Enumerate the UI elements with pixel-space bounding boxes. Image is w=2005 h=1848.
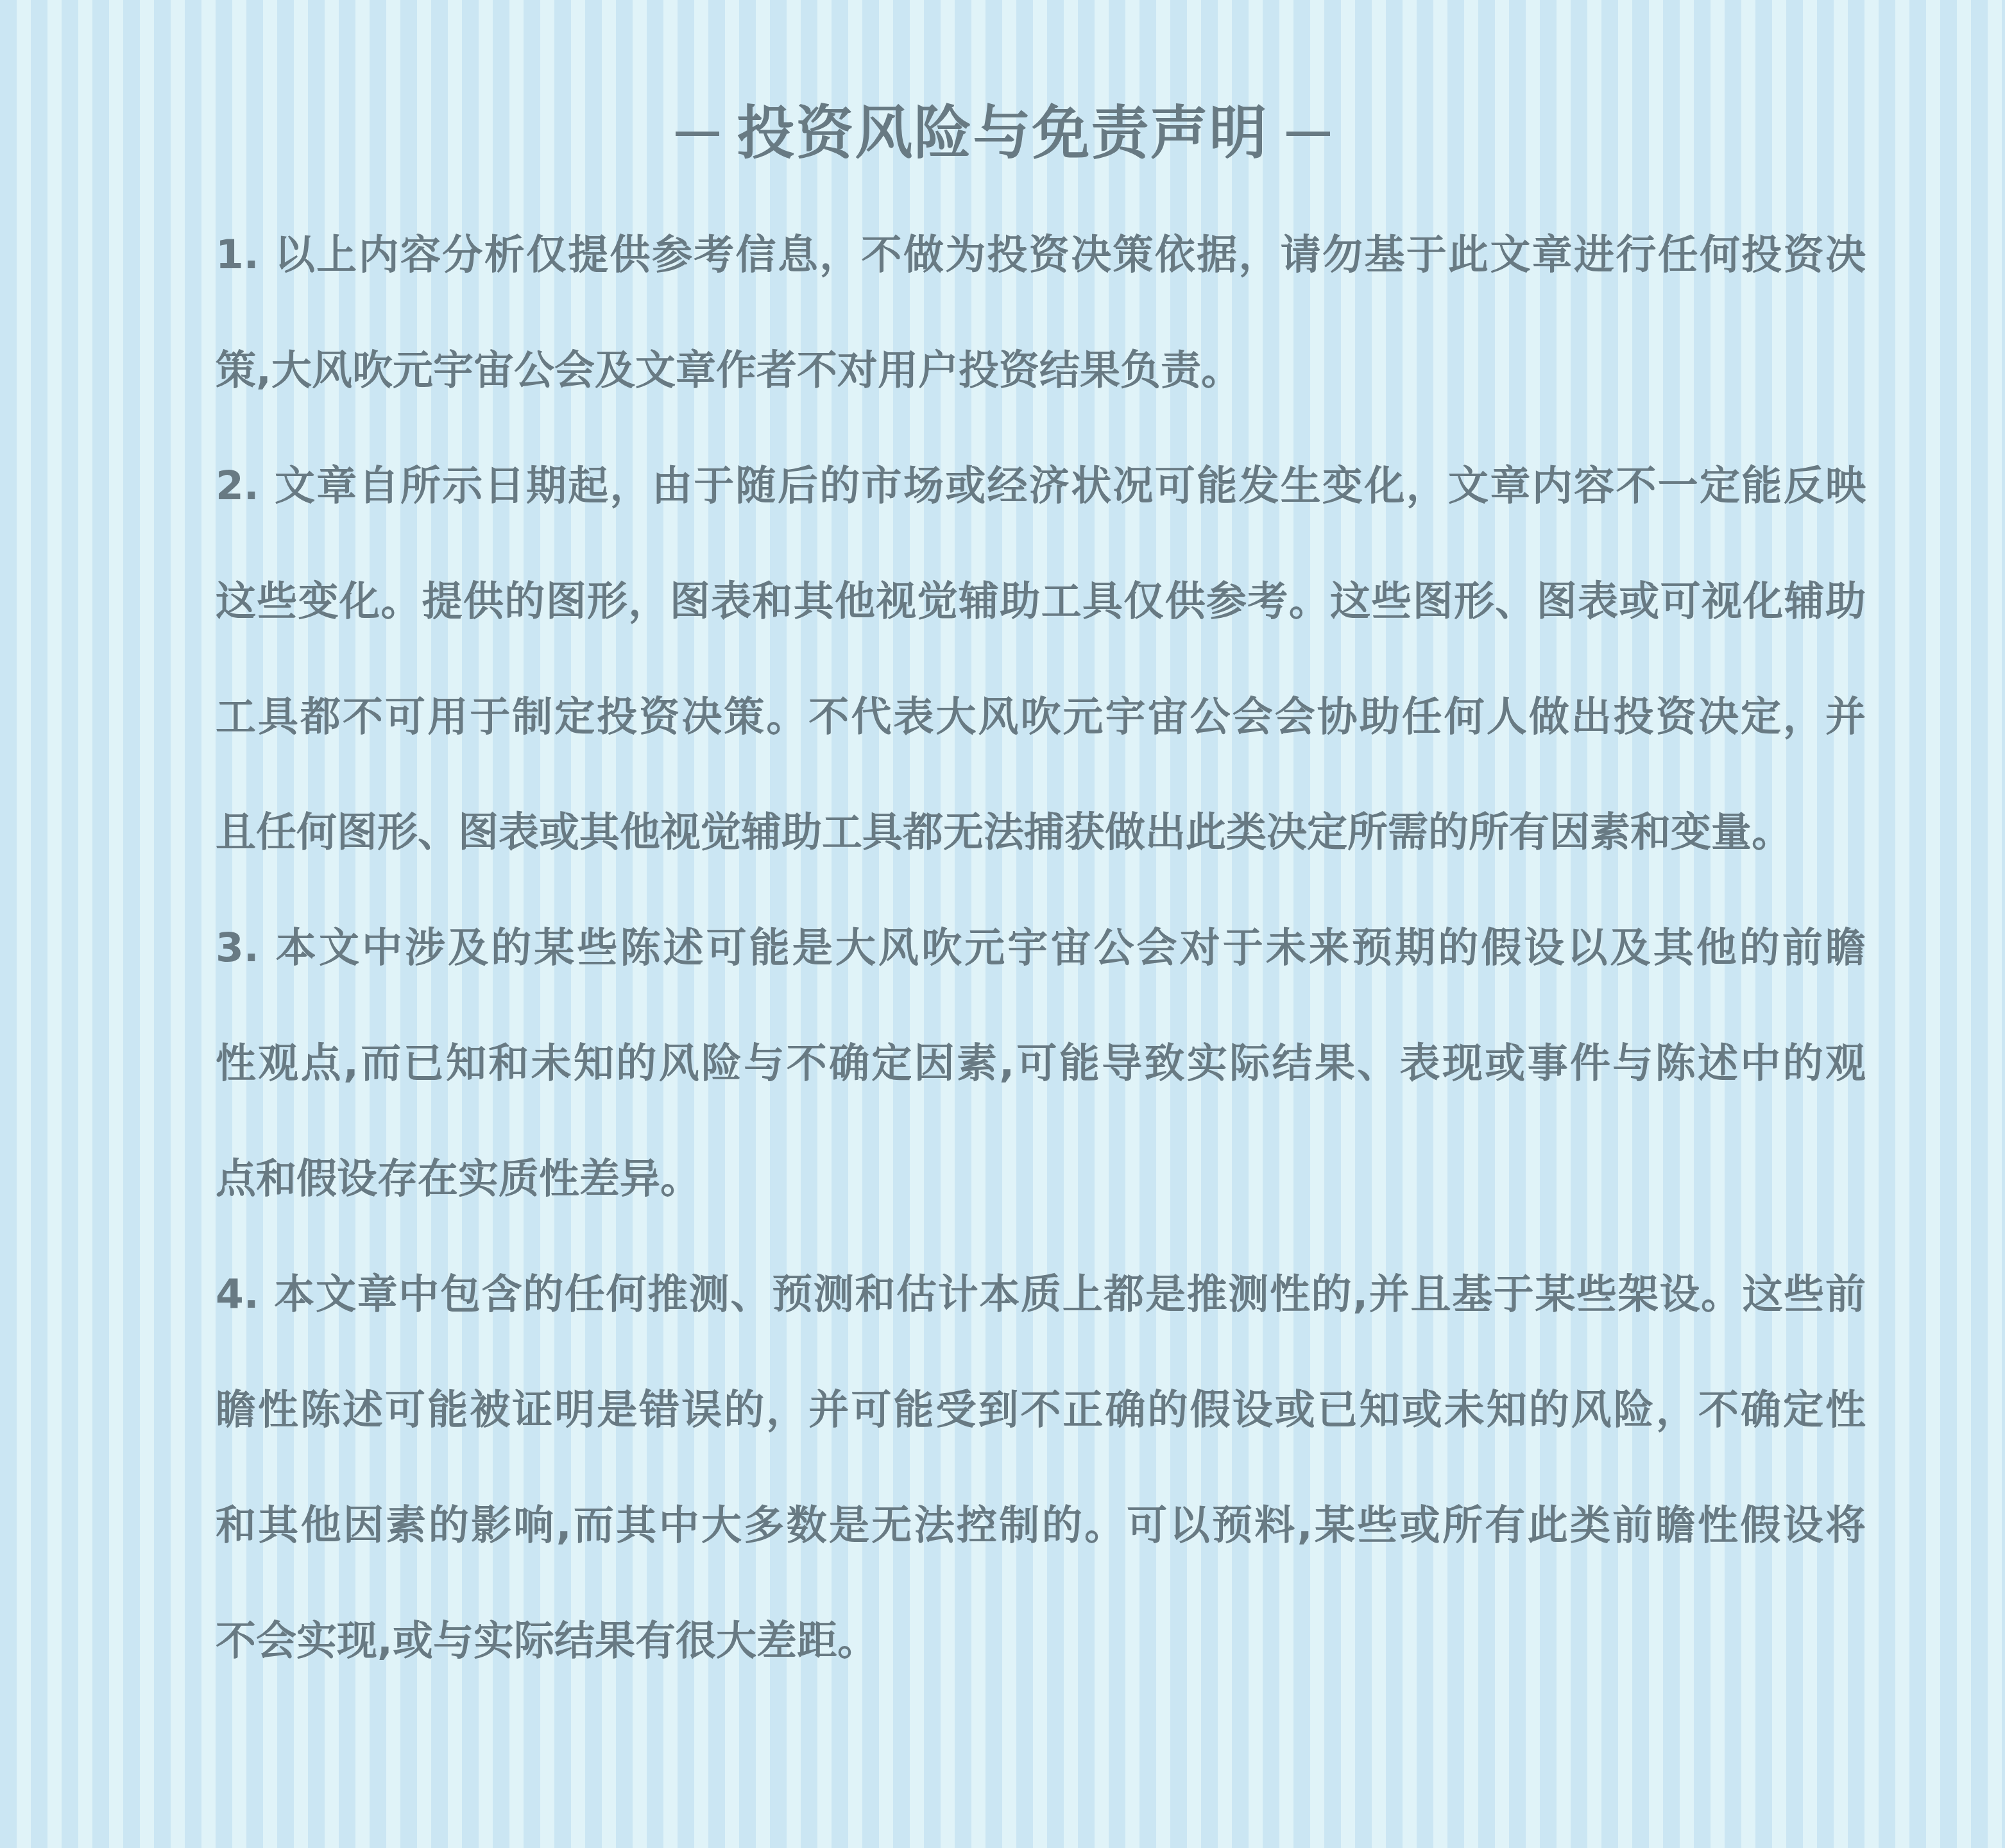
- disclaimer-item-2: 2. 文章自所示日期起，由于随后的市场或经济状况可能发生变化，文章内容不一定能反…: [216, 457, 1866, 919]
- title-left-dash: [676, 132, 719, 136]
- paragraph-line: 和其他因素的影响,而其中大多数是无法控制的。可以预料,某些或所有此类前瞻性假设将: [216, 1496, 1866, 1612]
- paragraph-line: 4. 本文章中包含的任何推测、预测和估计本质上都是推测性的,并且基于某些架设。这…: [216, 1265, 1866, 1381]
- paragraph-line: 3. 本文中涉及的某些陈述可能是大风吹元宇宙公会对于未来预期的假设以及其他的前瞻: [216, 919, 1866, 1034]
- paragraph-line: 这些变化。提供的图形，图表和其他视觉辅助工具仅供参考。这些图形、图表或可视化辅助: [216, 572, 1866, 688]
- disclaimer-heading: 投资风险与免责声明: [0, 95, 2005, 172]
- disclaimer-body: 1. 以上内容分析仅提供参考信息，不做为投资决策依据，请勿基于此文章进行任何投资…: [216, 226, 1866, 1727]
- paragraph-line: 1. 以上内容分析仅提供参考信息，不做为投资决策依据，请勿基于此文章进行任何投资…: [216, 226, 1866, 341]
- disclaimer-item-1: 1. 以上内容分析仅提供参考信息，不做为投资决策依据，请勿基于此文章进行任何投资…: [216, 226, 1866, 457]
- paragraph-line: 策,大风吹元宇宙公会及文章作者不对用户投资结果负责。: [216, 341, 1866, 457]
- title-right-dash: [1286, 132, 1330, 136]
- paragraph-line: 不会实现,或与实际结果有很大差距。: [216, 1612, 1866, 1727]
- paragraph-line: 且任何图形、图表或其他视觉辅助工具都无法捕获做出此类决定所需的所有因素和变量。: [216, 803, 1866, 919]
- disclaimer-item-3: 3. 本文中涉及的某些陈述可能是大风吹元宇宙公会对于未来预期的假设以及其他的前瞻…: [216, 919, 1866, 1265]
- disclaimer-item-4: 4. 本文章中包含的任何推测、预测和估计本质上都是推测性的,并且基于某些架设。这…: [216, 1265, 1866, 1727]
- paragraph-line: 点和假设存在实质性差异。: [216, 1150, 1866, 1265]
- paragraph-line: 2. 文章自所示日期起，由于随后的市场或经济状况可能发生变化，文章内容不一定能反…: [216, 457, 1866, 572]
- paragraph-line: 工具都不可用于制定投资决策。不代表大风吹元宇宙公会会协助任何人做出投资决定，并: [216, 688, 1866, 803]
- paragraph-line: 性观点,而已知和未知的风险与不确定因素,可能导致实际结果、表现或事件与陈述中的观: [216, 1034, 1866, 1150]
- paragraph-line: 瞻性陈述可能被证明是错误的，并可能受到不正确的假设或已知或未知的风险，不确定性: [216, 1381, 1866, 1496]
- page-title: 投资风险与免责声明: [737, 105, 1268, 162]
